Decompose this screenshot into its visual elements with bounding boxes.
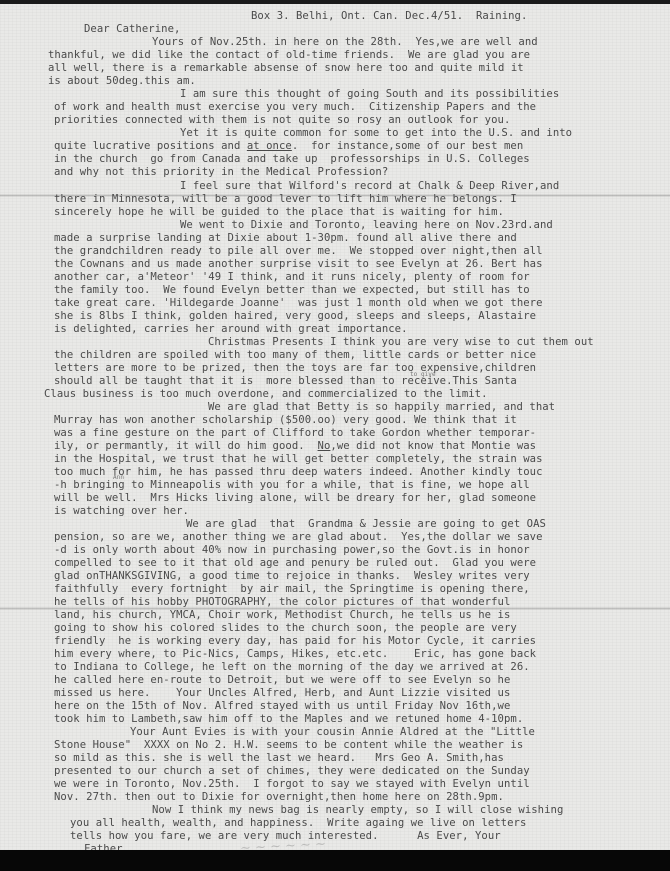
letter-line: and why not this priority in the Medical… [54, 166, 388, 179]
letter-line: Yours of Nov.25th. in here on the 28th. … [152, 36, 538, 49]
letter-line: made a surprise landing at Dixie about 1… [54, 232, 517, 245]
letter-line: Murray has won another scholarship ($500… [54, 414, 517, 427]
letter-line: he tells of his hobby PHOTOGRAPHY, the c… [54, 596, 510, 609]
letter-line: priorities connected with them is not qu… [54, 114, 510, 127]
letter-closing: Father. [84, 843, 129, 850]
letter-line: you all health, wealth, and happiness. W… [70, 817, 526, 830]
letter-line: I am sure this thought of going South an… [180, 88, 559, 101]
text-segment: ily, or permantly, it will do him good. [54, 440, 318, 452]
letter-line: going to show his colored slides to the … [54, 622, 517, 635]
letter-header: Box 3. Belhi, Ont. Can. Dec.4/51. Rainin… [251, 10, 527, 23]
letter-line: -h bringing to Minneapolis with you for … [54, 479, 530, 492]
text-segment: ,we did not know that Montie was [330, 440, 536, 452]
letter-line: compelled to see to it that old age and … [54, 557, 536, 570]
letter-line: faithfully every fortnight by air mail, … [54, 583, 530, 596]
letter-line: was a fine gesture on the part of Cliffo… [54, 427, 536, 440]
letter-line: here on the 15th of Nov. Alfred stayed w… [54, 700, 510, 713]
letter-line: in the church go from Canada and take up… [54, 153, 530, 166]
letter-line: another car, a'Meteor' '49 I think, and … [54, 271, 530, 284]
letter-line: of work and health must exercise you ver… [54, 101, 536, 114]
letter-line: -d is only worth about 40% now in purcha… [54, 544, 530, 557]
letter-line: in the Hospital, we trust that he will g… [54, 453, 543, 466]
letter-line: thankful, we did like the contact of old… [48, 49, 530, 62]
salutation: Dear Catherine, [84, 23, 180, 36]
letter-line: all well, there is a remarkable absense … [48, 62, 524, 75]
letter-line: presented to our church a set of chimes,… [54, 765, 530, 778]
letter-line: ily, or permantly, it will do him good. … [54, 440, 536, 453]
letter-line: missed us here. Your Uncles Alfred, Herb… [54, 687, 510, 700]
letter-line: he called here en-route to Detroit, but … [54, 674, 510, 687]
letter-line: the children are spoiled with too many o… [54, 349, 536, 362]
letter-line: We are glad that Betty is so happily mar… [208, 401, 555, 414]
letter-line: letters are more to be prized, then the … [54, 362, 536, 375]
letter-line: Now I think my news bag is nearly empty,… [152, 804, 563, 817]
letter-line: to Indiana to College, he left on the mo… [54, 661, 530, 674]
letter-line: Christmas Presents I think you are very … [208, 336, 594, 349]
letter-line: friendly he is working every day, has pa… [54, 635, 536, 648]
letter-line: is watching over her. [54, 505, 189, 518]
letter-line: she is 8lbs I think, golden haired, very… [54, 310, 536, 323]
letter-line: so mild as this. she is well the last we… [54, 752, 504, 765]
letter-line: will be well. Mrs Hicks living alone, wi… [54, 492, 536, 505]
letter-line: Claus business is too much overdone, and… [44, 388, 488, 401]
text-segment: . for instance,some of our best men [292, 140, 523, 152]
letter-line: Your Aunt Evies is with your cousin Anni… [130, 726, 535, 739]
text-segment: quite lucrative positions and [54, 140, 247, 152]
letter-line: glad onTHANKSGIVING, a good time to rejo… [54, 570, 530, 583]
letter-line: the family too. We found Evelyn better t… [54, 284, 530, 297]
letter-line: quite lucrative positions and at once. f… [54, 140, 523, 153]
letter-line: I feel sure that Wilford's record at Cha… [180, 180, 559, 193]
underlined-text: No [318, 440, 331, 452]
scan-bottom-edge [0, 850, 670, 871]
letter-line: him every where, to Pic-Nics, Camps, Hik… [54, 648, 536, 661]
underlined-text: at once [247, 140, 292, 152]
letter-line: is delighted, carries her around with gr… [54, 323, 408, 336]
letter-line: took him to Lambeth,saw him off to the M… [54, 713, 523, 726]
letter-line: Stone House" XXXX on No 2. H.W. seems to… [54, 739, 523, 752]
letter-line: we were in Toronto, Nov.25th. I forgot t… [54, 778, 530, 791]
letter-line: should all be taught that it is more ble… [54, 375, 517, 388]
letter-line: too much for him, he has passed thru dee… [54, 466, 543, 479]
letter-line: sincerely hope he will be guided to the … [54, 206, 504, 219]
letter-line: Yet it is quite common for some to get i… [180, 127, 572, 140]
letter-line: We went to Dixie and Toronto, leaving he… [180, 219, 553, 232]
letter-line: We are glad that Grandma & Jessie are go… [186, 518, 546, 531]
letter-line: the Cownans and us made another surprise… [54, 258, 543, 271]
letter-line: is about 50deg.this am. [48, 75, 196, 88]
letter-page: Box 3. Belhi, Ont. Can. Dec.4/51. Rainin… [0, 4, 670, 850]
letter-line: pension, so are we, another thing we are… [54, 531, 543, 544]
letter-line: the grandchildren ready to pile all over… [54, 245, 543, 258]
letter-line: take great care. 'Hildegarde Joanne' was… [54, 297, 543, 310]
letter-line: there in Minnesota, will be a good lever… [54, 193, 517, 206]
letter-line: Nov. 27th. then out to Dixie for overnig… [54, 791, 504, 804]
letter-line: land, his church, YMCA, Choir work, Meth… [54, 609, 510, 622]
